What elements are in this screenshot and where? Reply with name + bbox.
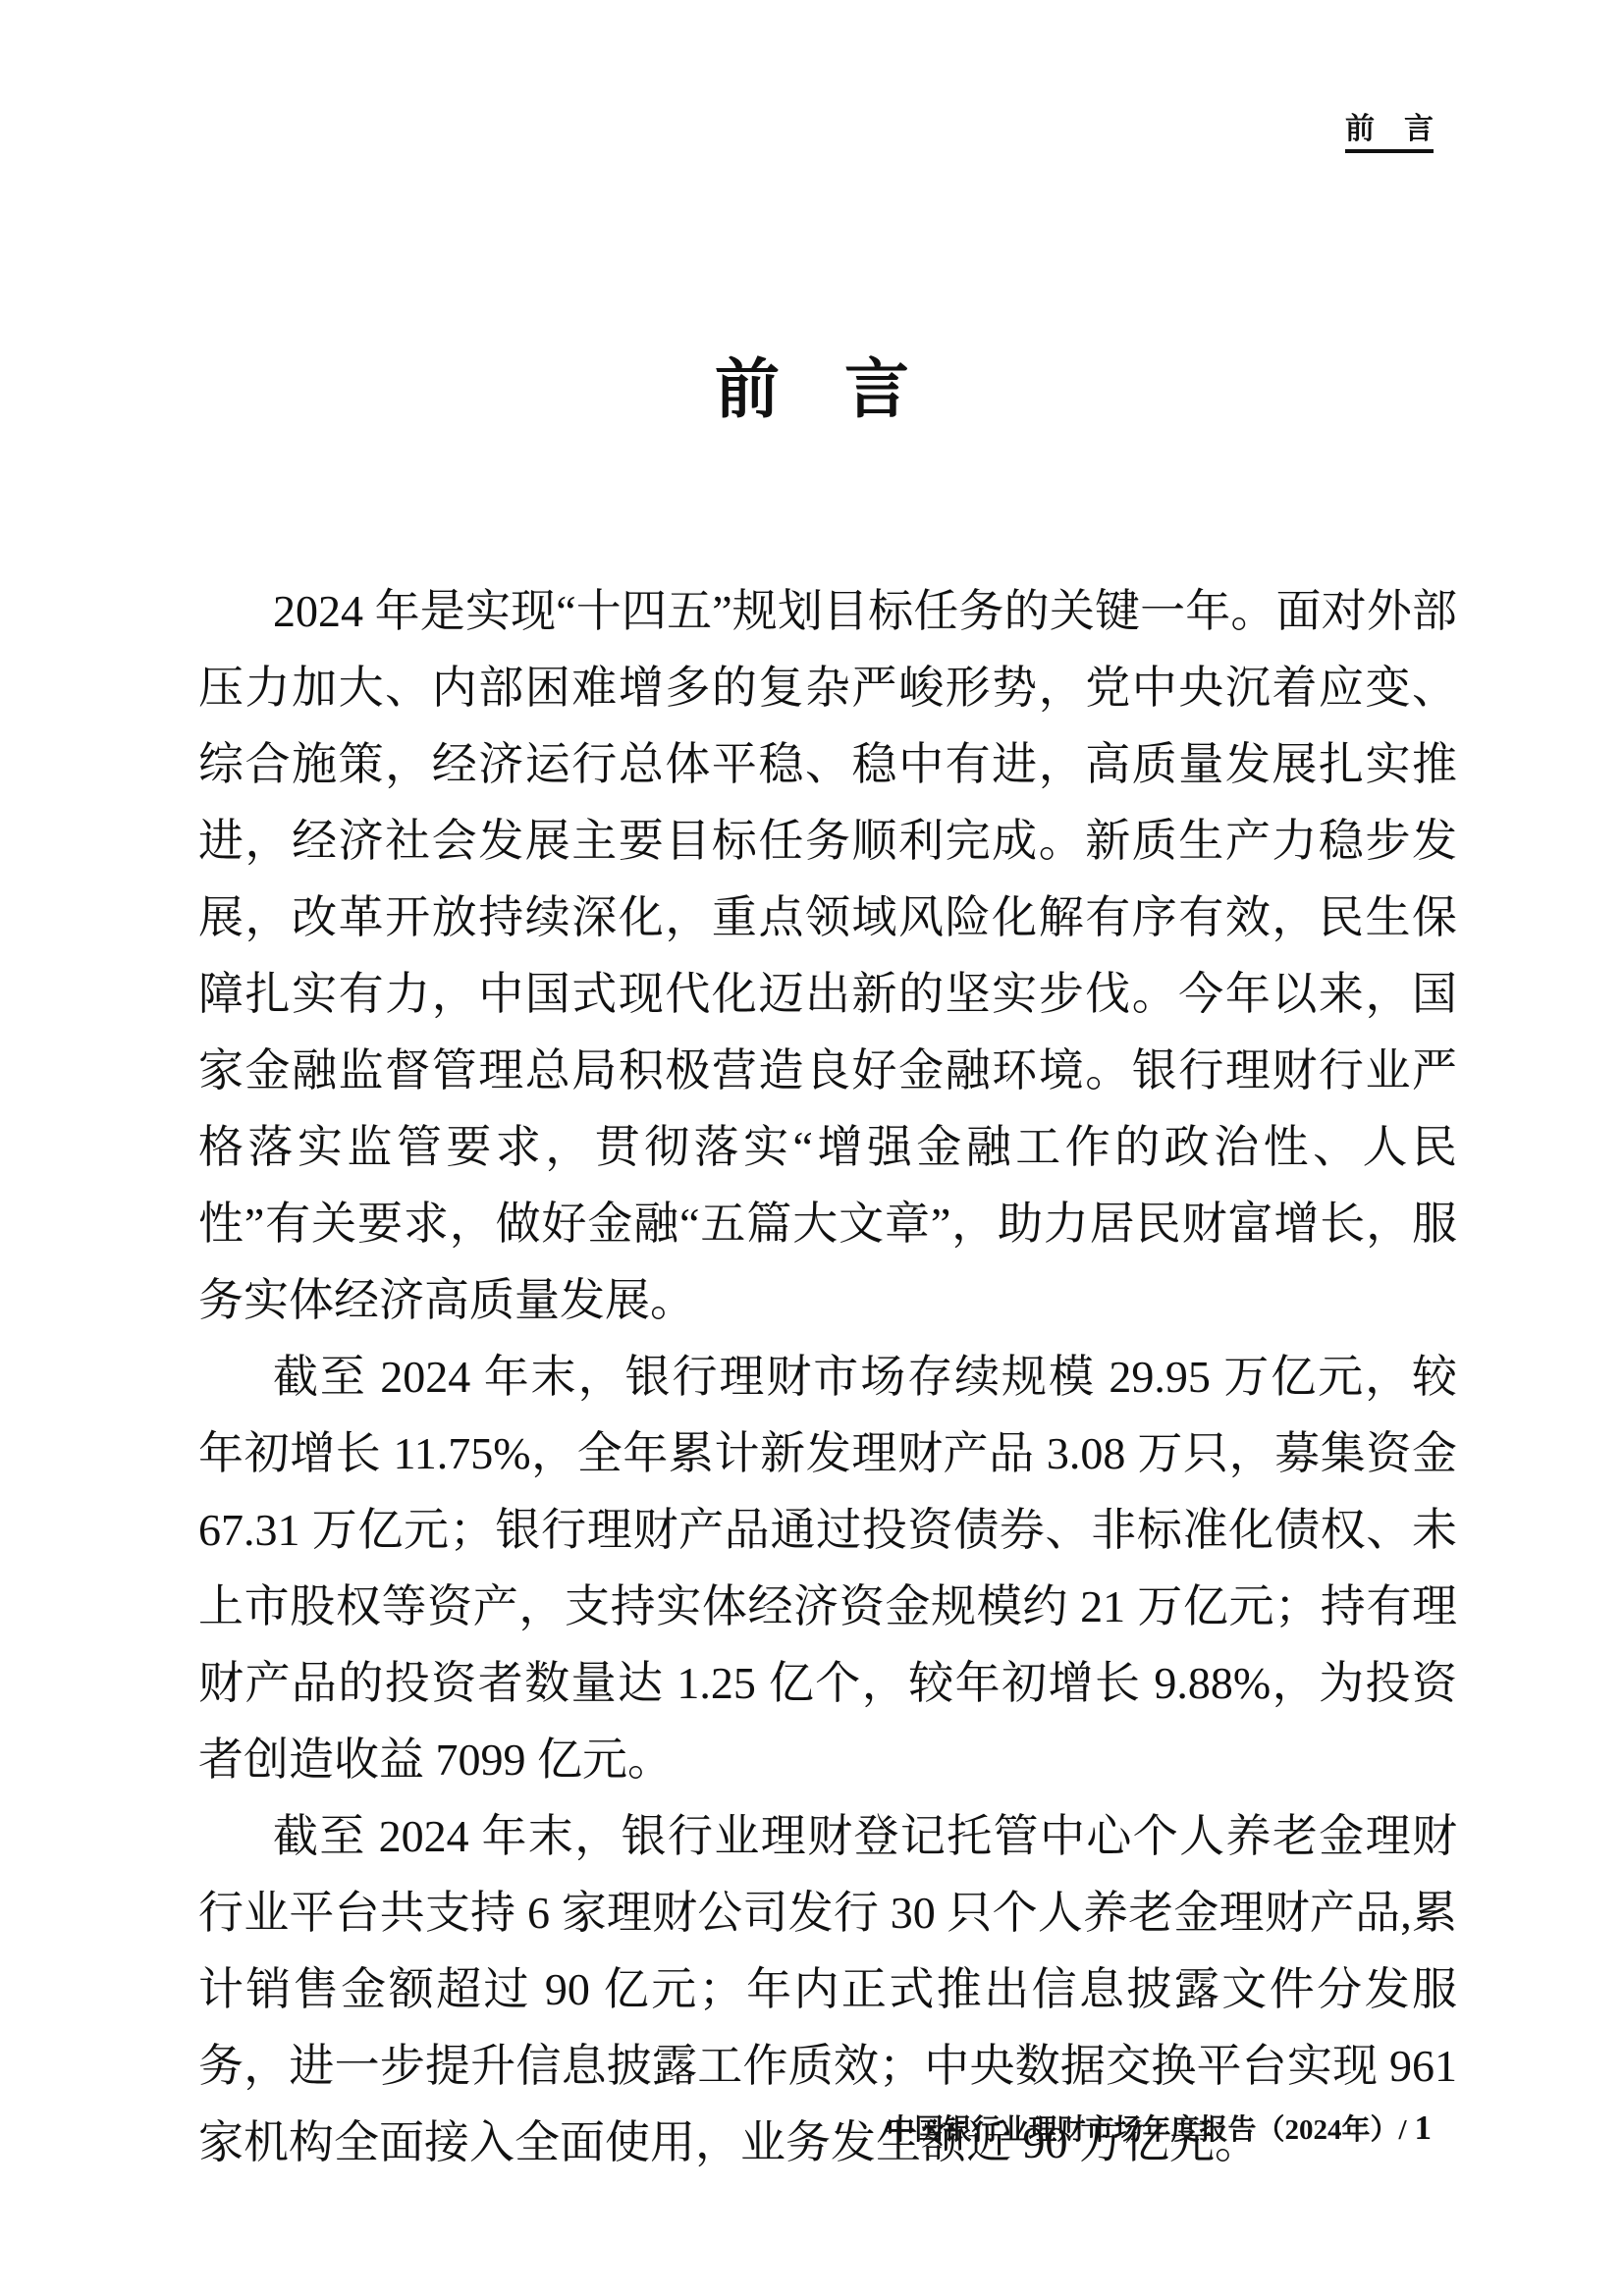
footer-report-title: 中国银行业理财市场年度报告（2024年）/ [886,2114,1406,2146]
page-footer: 中国银行业理财市场年度报告（2024年）/1 [886,2109,1432,2150]
running-header: 前 言 [1345,112,1434,153]
paragraph-market-scale: 截至 2024 年末，银行理财市场存续规模 29.95 万亿元，较年初增长 11… [198,1339,1457,1798]
running-header-text: 前 言 [1345,112,1434,153]
page-title: 前 言 [0,349,1624,432]
document-page: 前 言 前 言 2024 年是实现“十四五”规划目标任务的关键一年。面对外部压力… [0,0,1624,2296]
body-text: 2024 年是实现“十四五”规划目标任务的关键一年。面对外部压力加大、内部困难增… [198,573,1457,2181]
paragraph-intro: 2024 年是实现“十四五”规划目标任务的关键一年。面对外部压力加大、内部困难增… [198,573,1457,1339]
page-number: 1 [1415,2109,1433,2147]
